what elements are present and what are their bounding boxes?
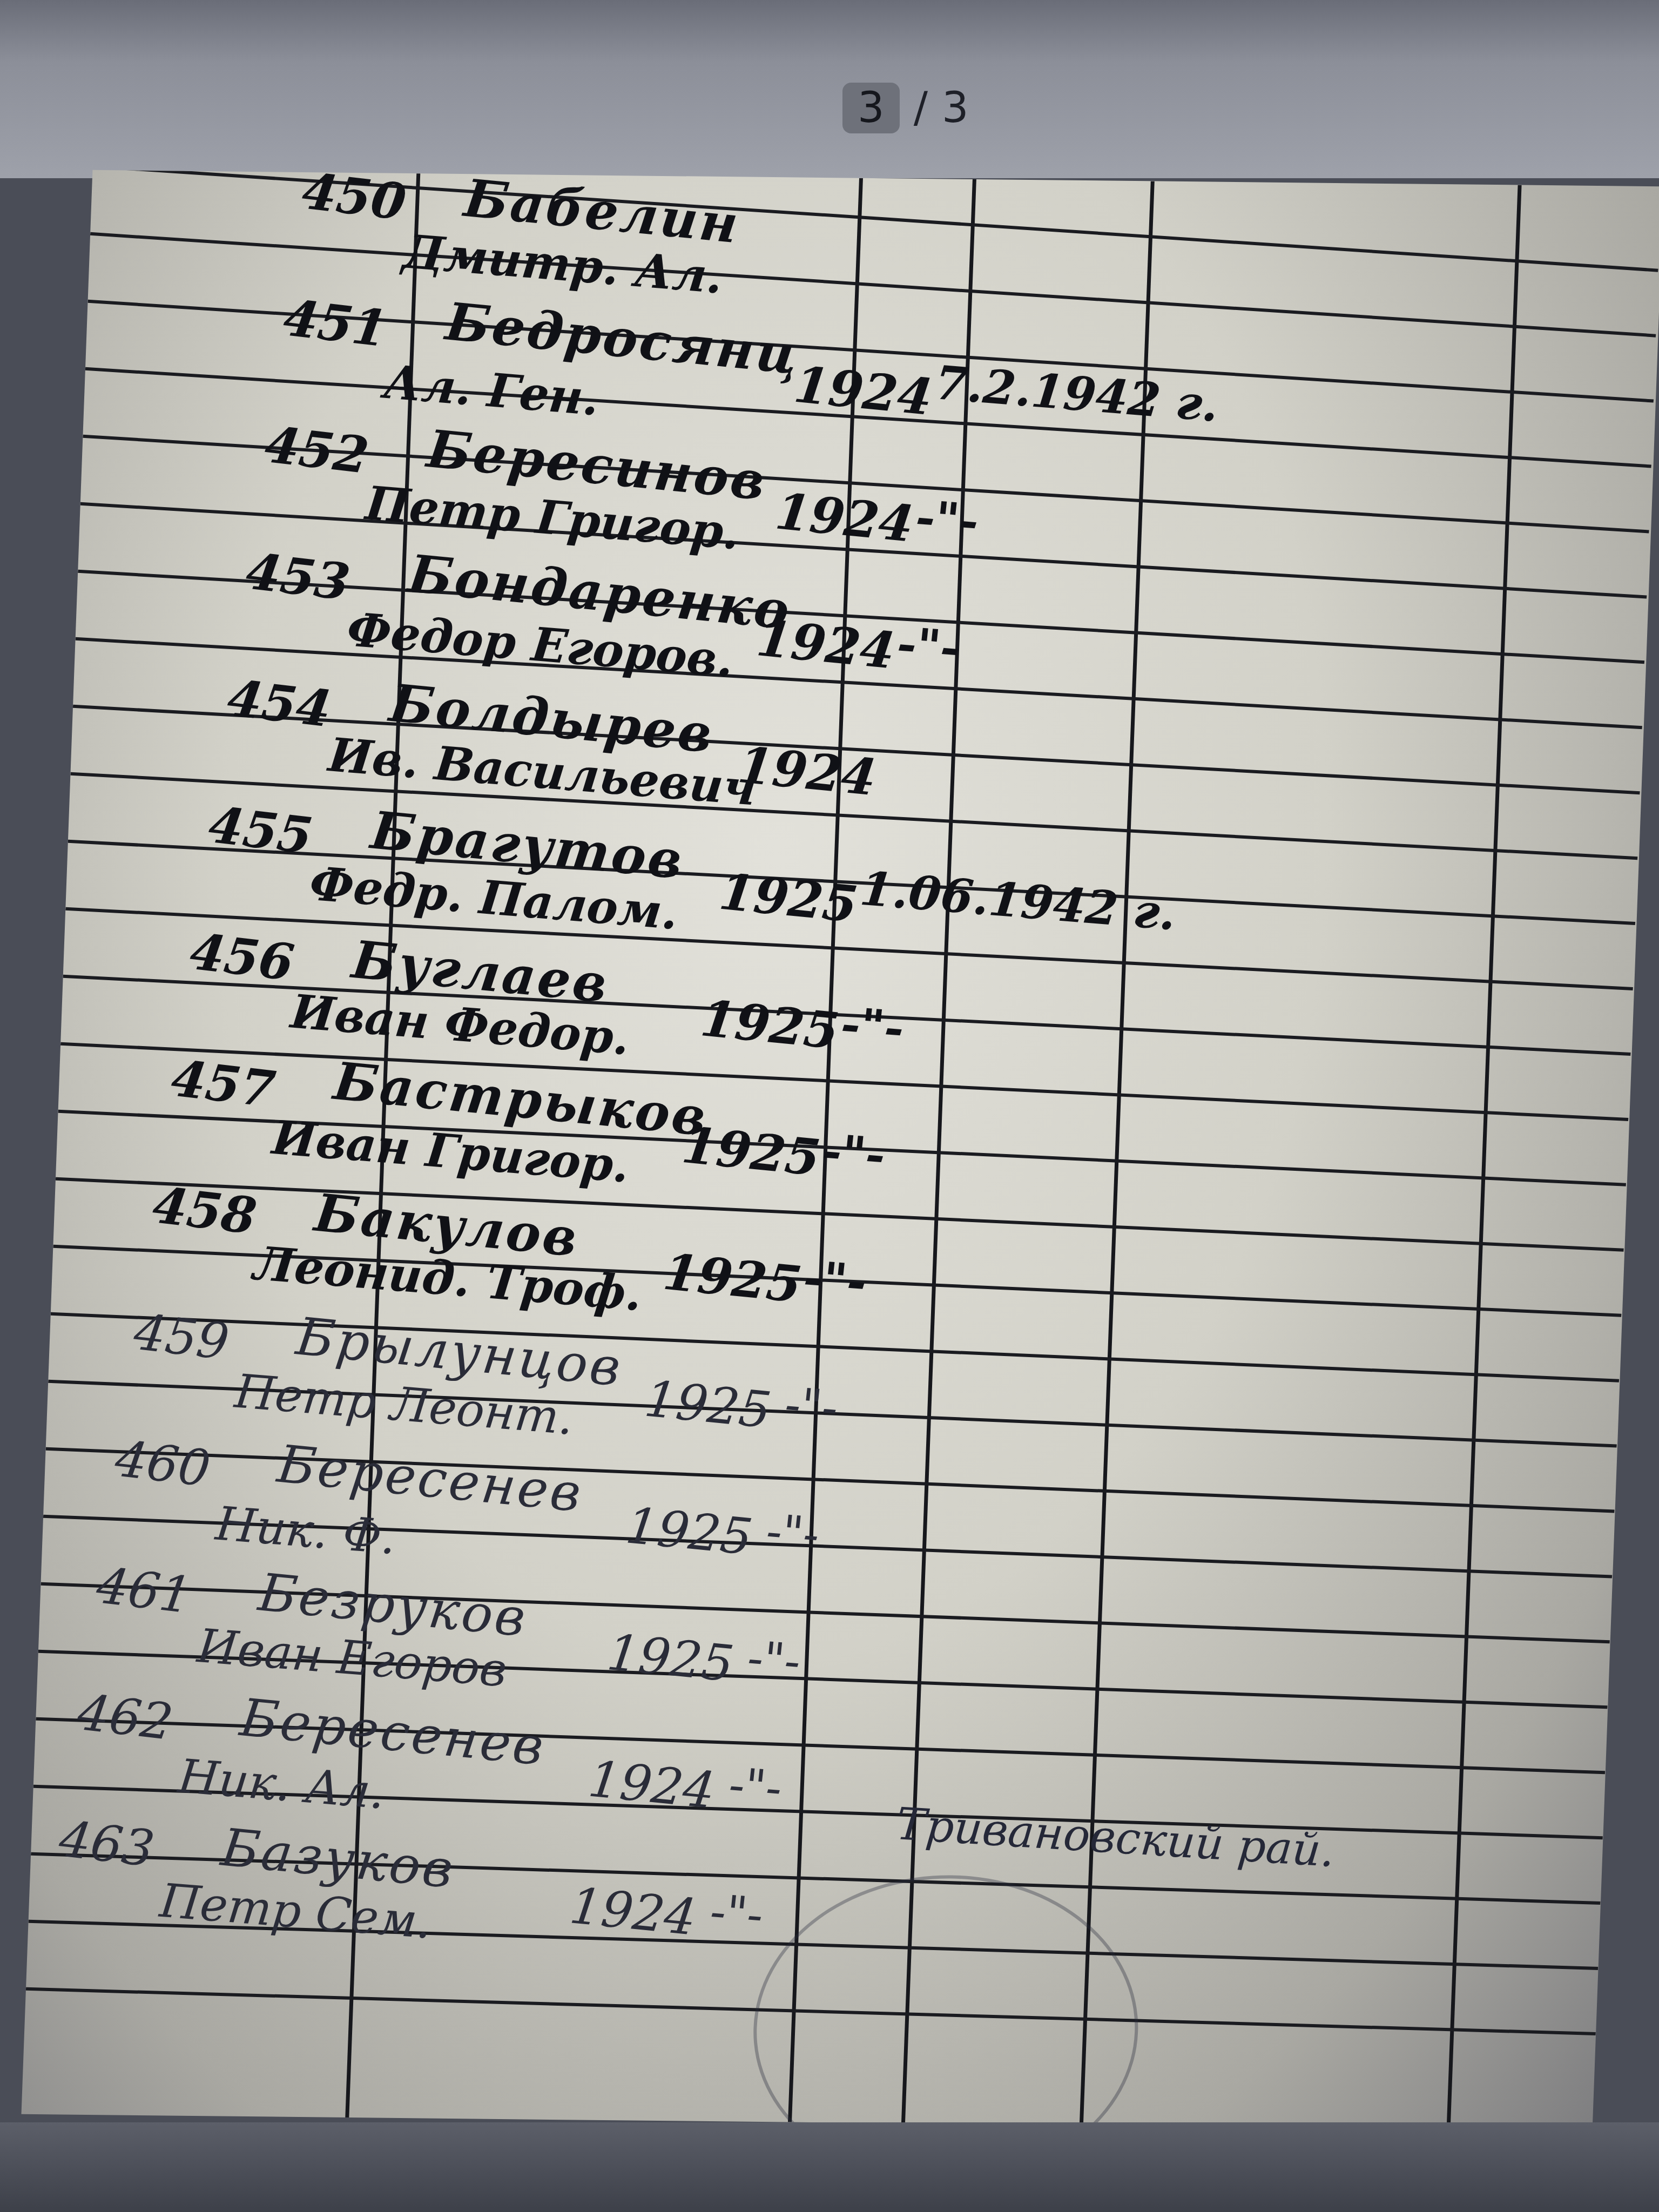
ledger-date: -"-	[820, 1124, 888, 1183]
ledger-row: 457БастрыковИван Григор.1925-"-	[21, 1052, 1533, 1203]
ledger-date: 7.2.1942 г.	[932, 355, 1221, 433]
ledger-row: 456БуглаевИван Федор.1925-"-	[21, 925, 1552, 1076]
ledger-num: 457	[168, 1049, 279, 1118]
ledger-table: 450БабелинДмитр. Ал.451БедросянцАл. Ген.…	[21, 170, 1659, 2130]
ledger-year: 1924	[791, 355, 936, 427]
ledger-num: 453	[242, 542, 353, 611]
ledger-year: 1925	[679, 1116, 824, 1187]
ledger-date: -"-	[783, 1378, 841, 1436]
ledger-row: 458БакуловЛеонид. Троф.1925-"-	[21, 1179, 1514, 1330]
ledger-given: Ник. Ф.	[213, 1497, 399, 1566]
ledger-year: 1924	[585, 1750, 718, 1820]
ledger-year: 1924	[735, 736, 880, 807]
ledger-row: 461БезруковИван Егоров1925-"-	[21, 1559, 1458, 1710]
ledger-year: 1924	[754, 609, 899, 680]
ledger-num: 459	[131, 1303, 233, 1371]
ledger-date: -"-	[707, 1885, 766, 1943]
ledger-year: 1925	[716, 862, 861, 934]
ledger-num: 456	[186, 922, 297, 992]
ledger-row: 460БересеневНик. Ф.1925-"-	[21, 1432, 1476, 1583]
ledger-date: -"-	[801, 1250, 869, 1310]
ledger-row: 455БрагутовФедр. Палом.19251.06.1942 г.	[21, 798, 1570, 949]
ledger-year: 1924	[567, 1877, 700, 1946]
ledger-num: 461	[93, 1556, 195, 1624]
ledger-date: 1.06.1942 г.	[858, 861, 1179, 941]
ledger-date: -"-	[764, 1505, 822, 1563]
ledger-num: 458	[149, 1176, 260, 1245]
ledger-num: 452	[261, 415, 372, 485]
ledger-num: 450	[299, 170, 409, 232]
ledger-date: -"-	[913, 490, 981, 549]
ledger-date: -"-	[838, 997, 906, 1056]
document-page: 450БабелинДмитр. Ал.451БедросянцАл. Ген.…	[21, 170, 1659, 2130]
ledger-date: -"-	[745, 1631, 803, 1689]
ledger-year: 1925	[698, 989, 842, 1060]
current-page-field[interactable]: 3	[842, 83, 900, 133]
ledger-num: 460	[112, 1429, 214, 1498]
ledger-num: 455	[205, 795, 316, 865]
ledger-date: -"-	[894, 617, 962, 676]
ledger-given: Ник. Ал.	[176, 1749, 388, 1819]
ledger-num: 451	[280, 288, 390, 358]
total-pages: 3	[942, 84, 969, 132]
ledger-year: 1925	[604, 1623, 737, 1693]
viewer-toolbar: 3 / 3	[0, 0, 1659, 178]
viewer-bottom-bar	[0, 2122, 1659, 2212]
page-separator: /	[914, 84, 928, 132]
ledger-num: 463	[56, 1810, 158, 1878]
page-indicator: 3 / 3	[842, 76, 969, 140]
ledger-row: 459БрылунцовПетр Леонт.1925-"-	[21, 1305, 1495, 1456]
ledger-num: 454	[224, 669, 335, 738]
ledger-given: Ал. Ген.	[381, 355, 602, 427]
ledger-num: 462	[75, 1683, 177, 1751]
ledger-year: 1925	[623, 1496, 756, 1566]
ledger-date: -"-	[726, 1758, 785, 1816]
ledger-year: 1924	[772, 482, 917, 553]
ledger-year: 1925	[660, 1243, 805, 1314]
ledger-row: 462БересеневНик. Ал.1924-"-	[21, 1685, 1439, 1837]
ledger-year: 1925	[642, 1370, 774, 1439]
